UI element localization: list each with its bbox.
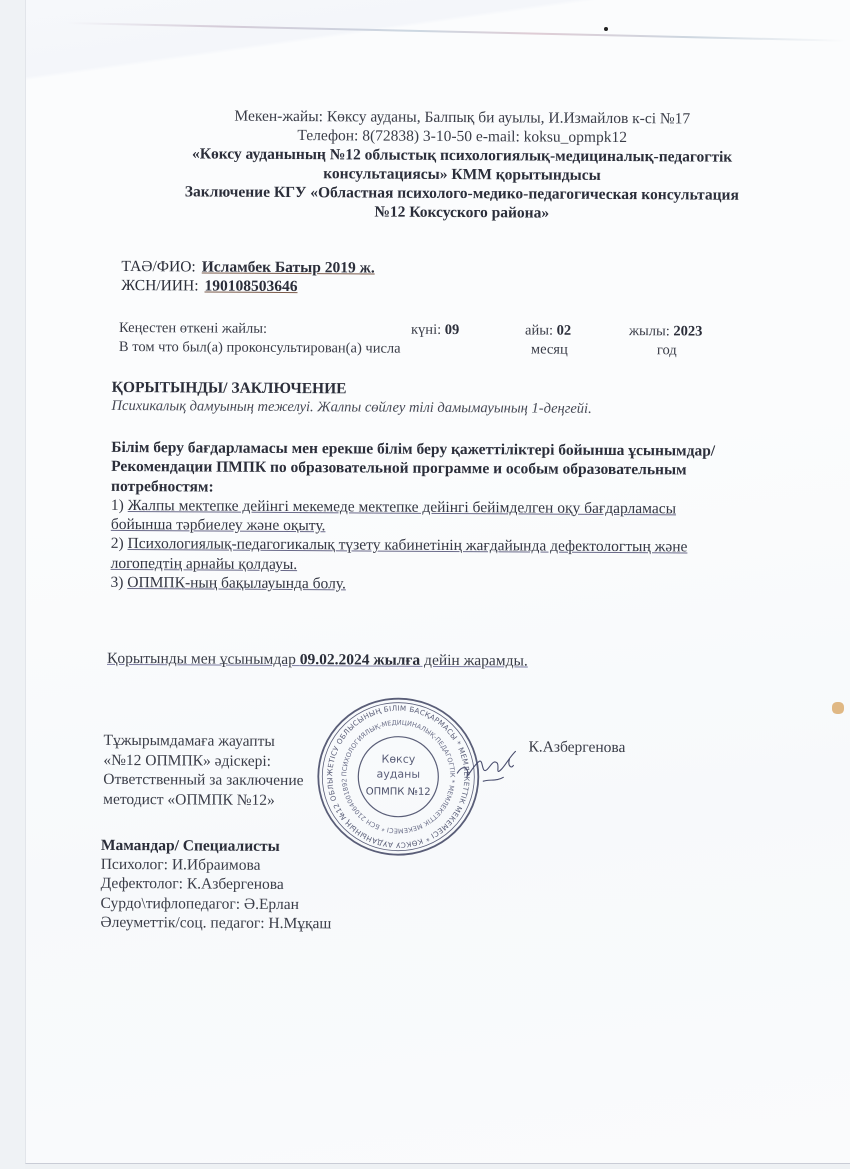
validity-statement: Қорытынды мен ұсынымдар 09.02.2024 жылға… <box>107 649 528 671</box>
month-label-ru: месяц <box>531 340 568 359</box>
recommendation-item: 3) ОПМПК-ның бақылауында болу. <box>110 573 790 596</box>
signer-name: К.Азбергенова <box>528 738 625 757</box>
org-name-ru-line1: Заключение КГУ «Областная психолого-меди… <box>142 182 782 205</box>
conclusion-text: Психикалық дамуының тежелуі. Жалпы сөйле… <box>112 397 752 420</box>
responsible-line1: Тұжырымдамаға жауапты <box>103 731 303 752</box>
item-text-cont: логопедтің арнайы қолдауы. <box>111 555 298 573</box>
name-value: Исламбек Батыр 2019 ж. <box>202 258 375 276</box>
specialist-item: Психолог: И.Ибраимова <box>101 855 332 876</box>
item-number: 3) <box>110 574 123 591</box>
validity-suffix: дейін жарамды. <box>420 652 528 670</box>
specialist-item: Әлеуметтік/соц. педагог: Н.Мұқаш <box>100 913 331 934</box>
conclusion-block: ҚОРЫТЫНДЫ/ ЗАКЛЮЧЕНИЕ Психикалық дамуыны… <box>112 378 752 420</box>
year-label: жылы: <box>629 323 670 339</box>
consultation-label-ru: В том что был(а) проконсультирован(а) чи… <box>119 339 401 357</box>
identity-block: ТАӘ/ФИО:Исламбек Батыр 2019 ж. ЖСН/ИИН:1… <box>121 257 375 297</box>
specialists-block: Мамандар/ Специалисты Психолог: И.Ибраим… <box>100 836 332 933</box>
year-label-ru: год <box>657 341 677 360</box>
validity-date: 09.02.2024 жылға <box>300 651 421 669</box>
recommendation-item: 1) Жалпы мектепке дейінгі мекемеде мекте… <box>111 496 791 539</box>
item-text: ОПМПК-ның бақылауында болу. <box>127 574 346 592</box>
svg-text:Көксу: Көксу <box>382 753 416 766</box>
responsible-line4: методист «ОПМПК №12» <box>103 789 303 810</box>
validity-prefix: Қорытынды мен ұсынымдар <box>107 650 300 668</box>
recommendation-item: 2) Психологиялық-педагогикалық түзету ка… <box>111 534 791 577</box>
responsible-line3: Ответственный за заключение <box>103 770 303 791</box>
svg-text:ОПМПК №12: ОПМПК №12 <box>366 786 431 797</box>
responsible-line2: «№12 ОПМПК» әдіскері: <box>103 750 303 771</box>
name-label: ТАӘ/ФИО: <box>121 258 195 275</box>
item-number: 1) <box>111 497 124 514</box>
specialists-heading: Мамандар/ Специалисты <box>101 836 332 857</box>
recommendations-block: Білім беру бағдарламасы мен ерекше білім… <box>110 438 791 597</box>
month-value: 02 <box>557 323 572 339</box>
org-name-ru-line2: №12 Коксуского района» <box>142 201 782 224</box>
document-body: Мекен-жайы: Көксу ауданы, Балпық би ауыл… <box>0 0 850 1169</box>
signature-icon <box>453 745 523 790</box>
day-value: 09 <box>445 322 460 338</box>
item-text: Психологиялық-педагогикалық түзету кабин… <box>127 536 687 556</box>
item-text: Жалпы мектепке дейінгі мекемеде мектепке… <box>128 497 676 517</box>
consultation-date-block: Кеңестен өткені жайлы: күні: 09 айы: 02 … <box>119 319 739 361</box>
month-label: айы: <box>525 322 553 338</box>
item-text-cont: бойынша тәрбиелеу және оқыту. <box>111 516 326 534</box>
address: Мекен-жайы: Көксу ауданы, Балпық би ауыл… <box>142 106 782 129</box>
responsible-block: Тұжырымдамаға жауапты «№12 ОПМПК» әдіске… <box>103 731 304 810</box>
svg-text:ауданы: ауданы <box>377 768 421 781</box>
day-label: күні: <box>411 322 441 338</box>
org-name-kz-line1: «Көксу ауданының №12 облыстық психология… <box>142 144 782 167</box>
year-value: 2023 <box>673 323 702 339</box>
iin-label: ЖСН/ИИН: <box>121 277 198 294</box>
consultation-label-kz: Кеңестен өткені жайлы: <box>119 320 267 337</box>
item-number: 2) <box>111 535 124 552</box>
specialist-item: Сурдо\тифлопедагог: Ә.Ерлан <box>100 893 331 914</box>
document-header: Мекен-жайы: Көксу ауданы, Балпық би ауыл… <box>142 106 783 224</box>
iin-value: 190108503646 <box>204 277 297 295</box>
specialist-item: Дефектолог: К.Азбергенова <box>101 874 332 895</box>
